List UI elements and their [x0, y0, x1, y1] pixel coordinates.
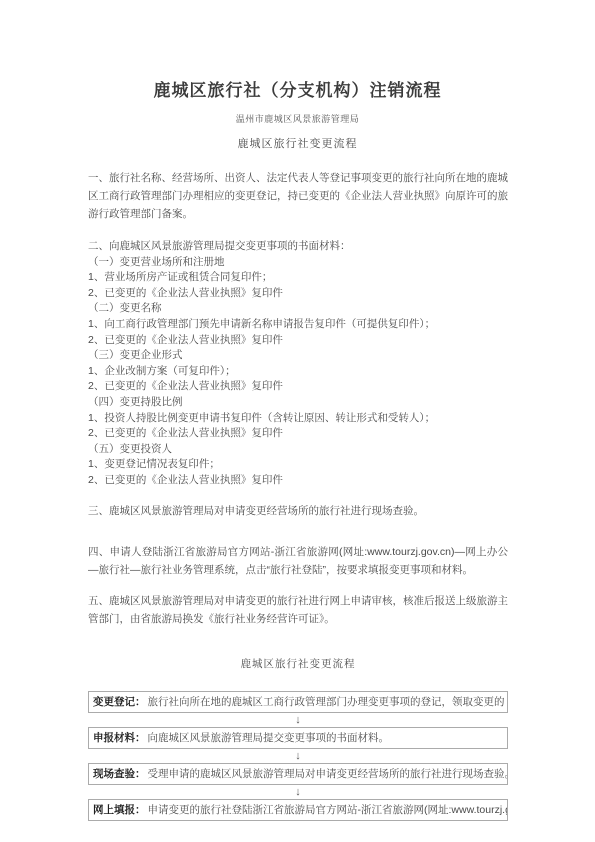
flow-step-text: 申请变更的旅行社登陆浙江省旅游局官方网站-浙江省旅游网(网址:www.tourz… — [148, 804, 509, 816]
flow-step-site-inspection: 现场查验：受理申请的鹿城区风景旅游管理局对申请变更经营场所的旅行社进行现场查验。 — [88, 763, 508, 785]
list-item: 2、已变更的《企业法人营业执照》复印件 — [88, 473, 508, 489]
list-item: （三）变更企业形式 — [88, 348, 508, 364]
list-item: （五）变更投资人 — [88, 442, 508, 458]
flow-step-submit-materials: 申报材料：向鹿城区风景旅游管理局提交变更事项的书面材料。 — [88, 727, 508, 749]
flow-step-label: 变更登记： — [93, 696, 146, 708]
flow-step-text: 受理申请的鹿城区风景旅游管理局对申请变更经营场所的旅行社进行现场查验。 — [148, 768, 509, 780]
list-item: 1、变更登记情况表复印件； — [88, 457, 508, 473]
list-item: （一）变更营业场所和注册地 — [88, 255, 508, 271]
flow-step-online-filing: 网上填报：申请变更的旅行社登陆浙江省旅游局官方网站-浙江省旅游网(网址:www.… — [88, 799, 508, 821]
flowchart-title: 鹿城区旅行社变更流程 — [88, 656, 508, 671]
list-item: 1、企业改制方案（可复印件）； — [88, 364, 508, 380]
flow-step-change-registration: 变更登记：旅行社向所在地的鹿城区工商行政管理部门办理变更事项的登记，领取变更的《… — [88, 691, 508, 713]
flow-step-text: 旅行社向所在地的鹿城区工商行政管理部门办理变更事项的登记，领取变更的《营业执照》… — [148, 696, 509, 708]
flow-step-text: 向鹿城区风景旅游管理局提交变更事项的书面材料。 — [148, 732, 390, 744]
list-item: 2、已变更的《企业法人营业执照》复印件 — [88, 286, 508, 302]
flow-step-label: 网上填报： — [93, 804, 146, 816]
list-item: （四）变更持股比例 — [88, 395, 508, 411]
paragraph-step-2: 二、向鹿城区风景旅游管理局提交变更事项的书面材料： — [88, 239, 508, 255]
down-arrow-icon: ↓ — [88, 786, 508, 798]
document-page: 鹿城区旅行社（分支机构）注销流程 温州市鹿城区风景旅游管理局 鹿城区旅行社变更流… — [0, 0, 595, 842]
materials-list: （一）变更营业场所和注册地 1、营业场所房产证或租赁合同复印件； 2、已变更的《… — [88, 255, 508, 489]
flow-step-label: 申报材料： — [93, 732, 146, 744]
down-arrow-icon: ↓ — [88, 750, 508, 762]
list-item: 2、已变更的《企业法人营业执照》复印件 — [88, 333, 508, 349]
down-arrow-icon: ↓ — [88, 714, 508, 726]
doc-subtitle: 鹿城区旅行社变更流程 — [0, 135, 595, 151]
flowchart: 变更登记：旅行社向所在地的鹿城区工商行政管理部门办理变更事项的登记，领取变更的《… — [88, 691, 508, 821]
list-item: 1、向工商行政管理部门预先申请新名称申请报告复印件（可提供复印件）； — [88, 317, 508, 333]
issuing-agency: 温州市鹿城区风景旅游管理局 — [0, 112, 595, 125]
page-title: 鹿城区旅行社（分支机构）注销流程 — [0, 0, 595, 101]
paragraph-step-5: 五、鹿城区风景旅游管理局对申请变更的旅行社进行网上申请审核，核准后报送上级旅游主… — [88, 592, 508, 628]
list-item: （二）变更名称 — [88, 301, 508, 317]
paragraph-step-4: 四、申请人登陆浙江省旅游局官方网站-浙江省旅游网(网址:www.tourzj.g… — [88, 543, 508, 579]
flow-step-label: 现场查验： — [93, 768, 146, 780]
document-body: 一、旅行社名称、经营场所、出资人、法定代表人等登记事项变更的旅行社向所在地的鹿城… — [88, 169, 508, 821]
paragraph-step-1: 一、旅行社名称、经营场所、出资人、法定代表人等登记事项变更的旅行社向所在地的鹿城… — [88, 169, 508, 223]
paragraph-step-3: 三、鹿城区风景旅游管理局对申请变更经营场所的旅行社进行现场查验。 — [88, 504, 508, 520]
list-item: 2、已变更的《企业法人营业执照》复印件 — [88, 426, 508, 442]
list-item: 1、营业场所房产证或租赁合同复印件； — [88, 270, 508, 286]
list-item: 1、投资人持股比例变更申请书复印件（含转让原因、转让形式和受转人）； — [88, 411, 508, 427]
list-item: 2、已变更的《企业法人营业执照》复印件 — [88, 379, 508, 395]
